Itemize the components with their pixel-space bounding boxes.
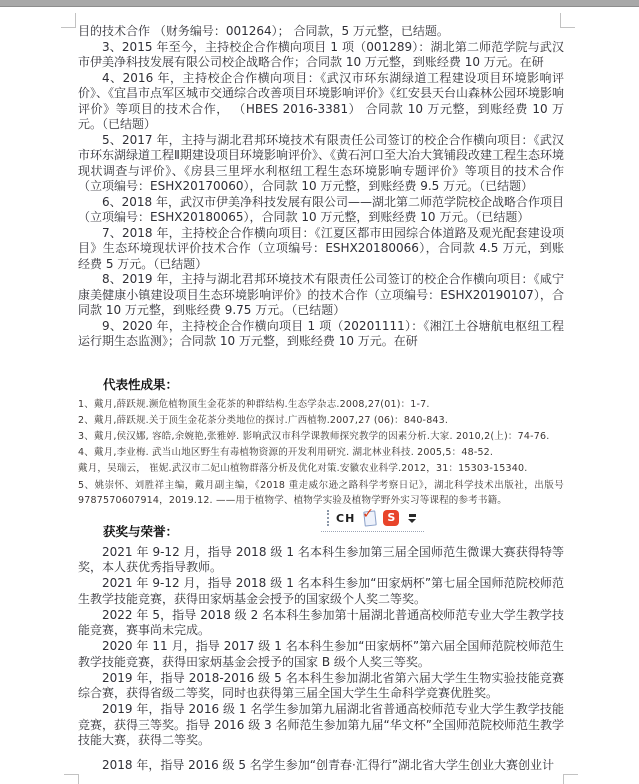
ime-language-label[interactable]: CH bbox=[336, 512, 355, 525]
chevron-down-icon bbox=[408, 519, 416, 523]
publications-list: 1、戴月,薛跃规.濒危植物顶生金花茶的种群结构.生态学杂志.2008,27(01… bbox=[78, 397, 564, 508]
award-paragraph: 2019 年，指导 2016 级 1 名学生参加第九届湖北省普通高校师范专业大学… bbox=[78, 702, 564, 749]
project-paragraph: 5、2017 年，主持与湖北君邦环境技术有限责任公司签订的校企合作横向项目：《武… bbox=[78, 133, 564, 195]
crop-mark-bottom-right bbox=[563, 774, 578, 784]
crop-mark-bottom-left bbox=[64, 774, 79, 784]
crop-mark-top-left bbox=[61, 13, 76, 28]
project-paragraph: 目的技术合作 （财务编号：001264）； 合同款，5 万元整，已结题。 bbox=[78, 24, 564, 40]
publication-item: 1、戴月,薛跃规.濒危植物顶生金花茶的种群结构.生态学杂志.2008,27(01… bbox=[78, 397, 564, 412]
award-paragraph: 2022 年 5，指导 2018 级 2 名本科生参加第十届湖北普通高校师范专业… bbox=[78, 608, 564, 639]
sogou-input-icon[interactable]: S bbox=[383, 510, 399, 526]
award-paragraph: 2021 年 9-12 月，指导 2018 级 1 名本科生参加“田家炳杯”第七… bbox=[78, 576, 564, 607]
project-paragraph: 4、2016 年，主持校企合作横向项目：《武汉市环东湖绿道工程建设项目环境影响评… bbox=[78, 71, 564, 133]
ime-options-icon[interactable] bbox=[406, 514, 418, 523]
handwriting-pad-icon[interactable]: ✓ bbox=[362, 510, 376, 526]
publication-item: 4、戴月,李业梅. 武当山地区野生有毒植物资源的开发利用研究. 湖北林业科技. … bbox=[78, 445, 564, 460]
drag-handle-icon[interactable] bbox=[327, 510, 329, 526]
project-paragraph: 9、2020 年，主持校企合作横向项目 1 项（20201111）：《湘江土谷塘… bbox=[78, 319, 564, 350]
page-top-strip bbox=[0, 0, 639, 7]
awards-list: 2021 年 9-12 月，指导 2018 级 1 名本科生参加第三届全国师范生… bbox=[78, 545, 564, 774]
check-mark-icon: ✓ bbox=[362, 507, 374, 521]
project-paragraph: 7、2018 年，主持校企合作横向项目：《江夏区都市田园综合体道路及观光配套建设… bbox=[78, 226, 564, 273]
document-page: 目的技术合作 （财务编号：001264）； 合同款，5 万元整，已结题。 3、2… bbox=[78, 24, 564, 774]
options-bar-shape bbox=[409, 514, 416, 517]
section-heading-publications: 代表性成果： bbox=[78, 377, 564, 393]
publication-item: 戴月，吴瑞云， 崔妮.武汉市二妃山植物群落分析及优化对策.安徽农业科学.2012… bbox=[78, 461, 564, 476]
publication-item: 3、戴月,侯汉娜, 容皓,余婉艳,张雅婷. 影响武汉市科学课教师探究教学的因素分… bbox=[78, 429, 564, 444]
publication-item: 2、戴月,薛跃规.关于顶生金花茶分类地位的探讨.广西植物.2007,27 (06… bbox=[78, 413, 564, 428]
project-paragraph: 8、2019 年，主持与湖北君邦环境技术有限责任公司签订的校企合作横向项目：《咸… bbox=[78, 272, 564, 319]
award-paragraph: 2018 年，指导 2016 级 5 名学生参加“创青春·汇得行”湖北省大学生创… bbox=[78, 758, 564, 774]
project-paragraph: 3、2015 年至今，主持校企合作横向项目 1 项（001289）：湖北第二师范… bbox=[78, 40, 564, 71]
award-paragraph: 2021 年 9-12 月，指导 2018 级 1 名本科生参加第三届全国师范生… bbox=[78, 545, 564, 576]
publication-item: 5、姚崇怀、刘胜祥主编，戴月副主编，《2018 重走威尔逊之路科学考察日记》，湖… bbox=[78, 478, 564, 508]
project-paragraph: 6、2018 年，武汉市伊美净科技发展有限公司——湖北第二师范学院校企战略合作项… bbox=[78, 195, 564, 226]
award-paragraph: 2019 年，指导 2018-2016 级 5 名本科生参加湖北省第六届大学生生… bbox=[78, 671, 564, 702]
award-paragraph: 2020 年 11 月，指导 2017 级 1 名本科生参加“田家炳杯”第六届全… bbox=[78, 639, 564, 670]
ime-language-bar[interactable]: CH ✓ S bbox=[321, 505, 424, 532]
